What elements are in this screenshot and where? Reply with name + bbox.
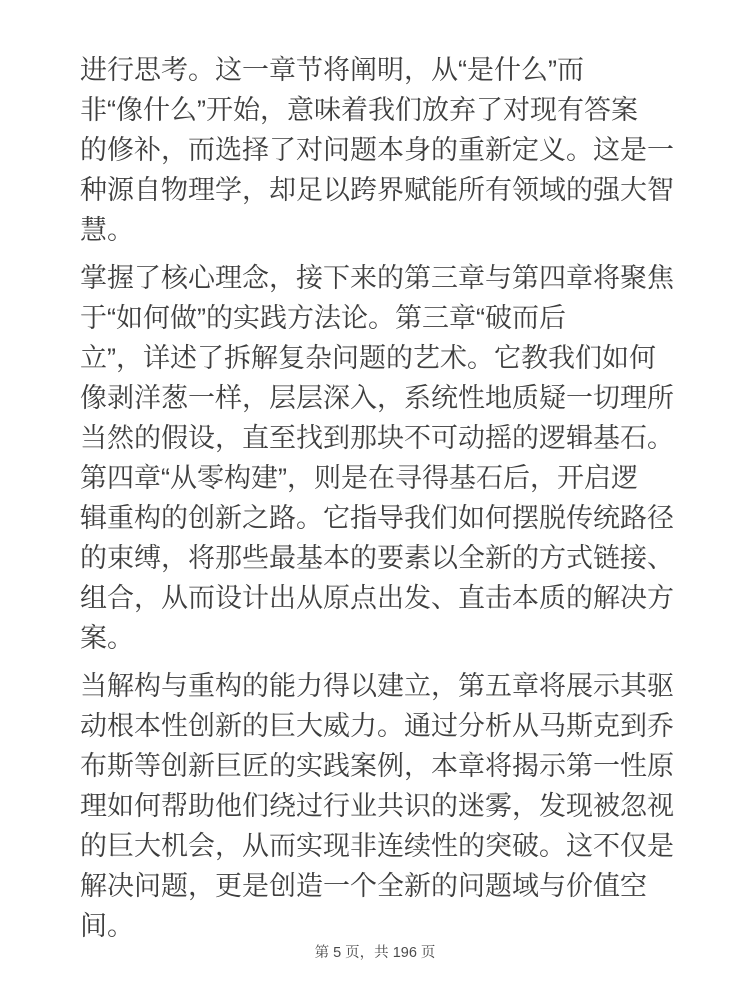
text-line: 间。 [80,906,680,946]
text-line: 立”，详述了拆解复杂问题的艺术。它教我们如何 [80,338,680,378]
text-line: 的束缚，将那些最基本的要素以全新的方式链接、 [80,538,680,578]
text-line: 动根本性创新的巨大威力。通过分析从马斯克到乔 [80,706,680,746]
text-line: 掌握了核心理念，接下来的第三章与第四章将聚焦 [80,258,680,298]
paragraph-1: 进行思考。这一章节将阐明，从“是什么”而 非“像什么”开始，意味着我们放弃了对现… [80,50,680,250]
text-line: 的修补，而选择了对问题本身的重新定义。这是一 [80,130,680,170]
text-line: 于“如何做”的实践方法论。第三章“破而后 [80,298,680,338]
paragraph-3: 当解构与重构的能力得以建立，第五章将展示其驱 动根本性创新的巨大威力。通过分析从… [80,666,680,946]
text-line: 非“像什么”开始，意味着我们放弃了对现有答案 [80,90,680,130]
text-line: 当然的假设，直至找到那块不可动摇的逻辑基石。 [80,418,680,458]
text-line: 进行思考。这一章节将阐明，从“是什么”而 [80,50,680,90]
text-line: 解决问题，更是创造一个全新的问题域与价值空 [80,866,680,906]
text-line: 辑重构的创新之路。它指导我们如何摆脱传统路径 [80,498,680,538]
text-line: 像剥洋葱一样，层层深入，系统性地质疑一切理所 [80,378,680,418]
page-indicator: 第 5 页，共 196 页 [0,944,750,962]
paragraph-2: 掌握了核心理念，接下来的第三章与第四章将聚焦 于“如何做”的实践方法论。第三章“… [80,258,680,658]
text-line: 布斯等创新巨匠的实践案例，本章将揭示第一性原 [80,746,680,786]
text-line: 组合，从而设计出从原点出发、直击本质的解决方 [80,578,680,618]
text-line: 当解构与重构的能力得以建立，第五章将展示其驱 [80,666,680,706]
text-line: 第四章“从零构建”，则是在寻得基石后，开启逻 [80,458,680,498]
text-line: 种源自物理学，却足以跨界赋能所有领域的强大智 [80,170,680,210]
text-line: 的巨大机会，从而实现非连续性的突破。这不仅是 [80,826,680,866]
text-line: 理如何帮助他们绕过行业共识的迷雾，发现被忽视 [80,786,680,826]
document-body-text: 进行思考。这一章节将阐明，从“是什么”而 非“像什么”开始，意味着我们放弃了对现… [80,50,680,946]
document-page: 进行思考。这一章节将阐明，从“是什么”而 非“像什么”开始，意味着我们放弃了对现… [0,0,750,1000]
text-line: 慧。 [80,210,680,250]
text-line: 案。 [80,618,680,658]
